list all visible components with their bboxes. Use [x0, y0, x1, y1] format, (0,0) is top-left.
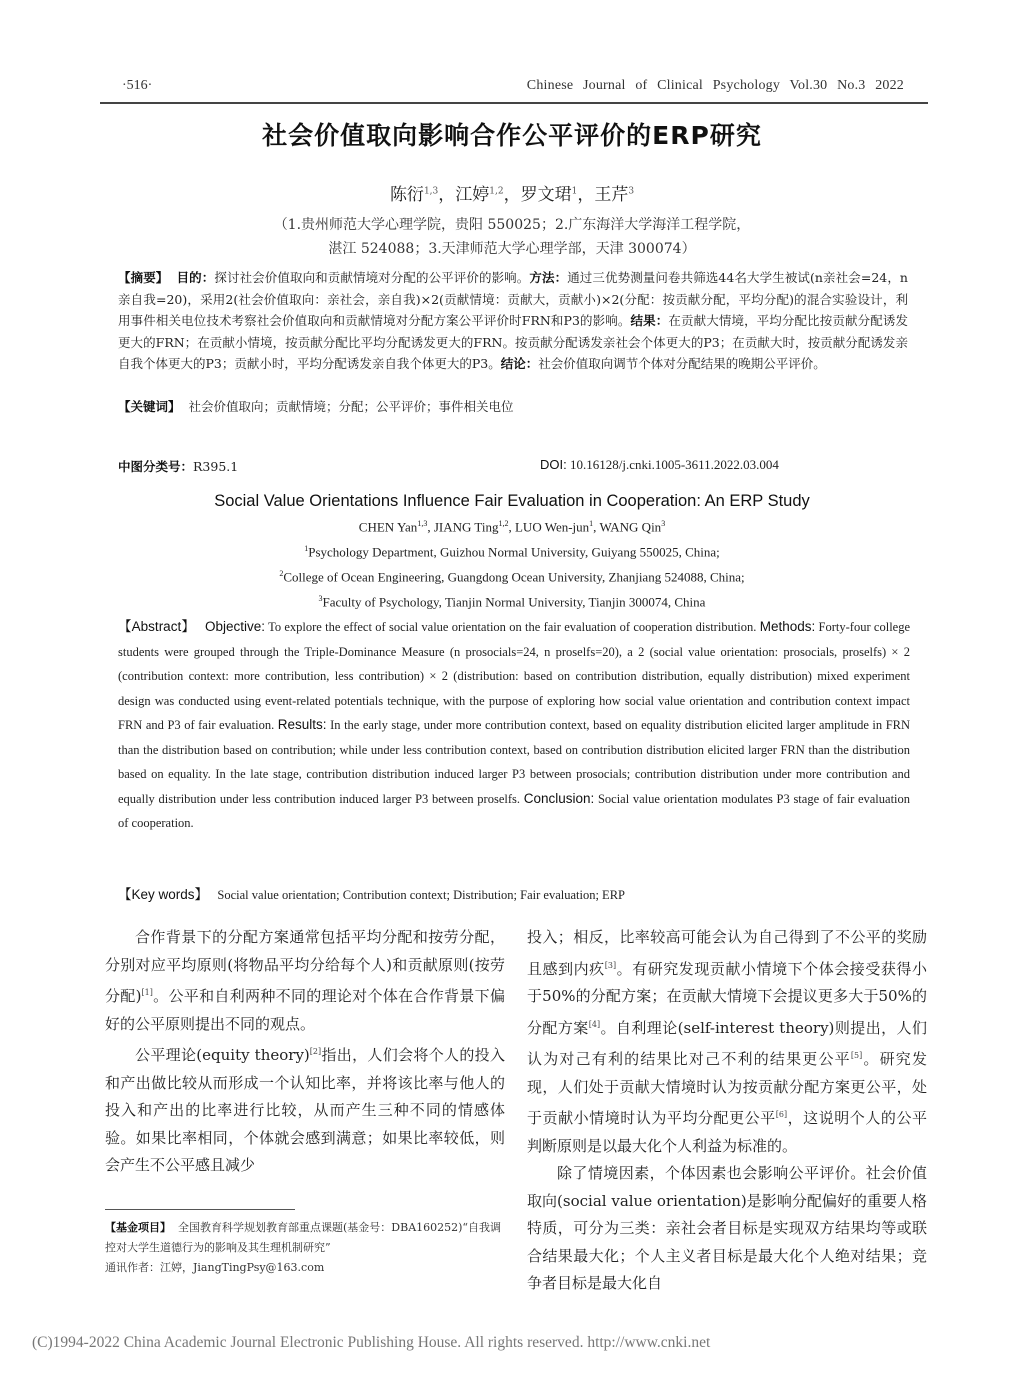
- author-name: 陈衍: [390, 185, 424, 205]
- author-separator: ，: [504, 185, 521, 205]
- affil-text: Psychology Department, Guizhou Normal Un…: [308, 544, 720, 559]
- doi-label: DOI:: [540, 457, 567, 472]
- objective-en-text: To explore the effect of social value or…: [268, 620, 756, 634]
- author-name: 江婷: [455, 185, 489, 205]
- paragraph-text: 除了情境因素，个体因素也会影响公平评价。社会价值取向(social value …: [527, 1164, 927, 1292]
- conclusion-en-label: Conclusion:: [524, 791, 595, 806]
- authors-cn: 陈衍1,3，江婷1,2，罗文珺1，王芹3: [0, 180, 1024, 205]
- methods-label: 方法：: [529, 270, 567, 285]
- citation-ref[interactable]: [5]: [851, 1051, 862, 1060]
- journal-info: Chinese Journal of Clinical Psychology V…: [527, 78, 904, 94]
- doi-value[interactable]: 10.16128/j.cnki.1005-3611.2022.03.004: [570, 457, 779, 472]
- classification-label: 中图分类号：: [118, 459, 193, 474]
- paragraph-text: 指出，人们会将个人的投入和产出做比较从而形成一个认知比率，并将该比率与他人的投入…: [105, 1046, 505, 1174]
- affiliations-cn-line1: （1.贵州师范大学心理学院，贵阳 550025；2.广东海洋大学海洋工程学院，: [0, 214, 1024, 234]
- author-affil-sup: 1: [589, 519, 593, 528]
- affil-text: Faculty of Psychology, Tianjin Normal Un…: [323, 594, 706, 609]
- author-affil-sup: 3: [628, 186, 634, 196]
- correspondence-note: 通讯作者：江婷，JiangTingPsy@163.com: [105, 1258, 505, 1278]
- author-name-en: WANG Qin: [599, 519, 661, 534]
- abstract-cn-label: 【摘要】: [118, 270, 168, 285]
- classification-value: R395.1: [193, 459, 238, 474]
- fund-note: 【基金项目】 全国教育科学规划教育部重点课题(基金号：DBA160252)“自我…: [105, 1218, 505, 1258]
- objective-label: 目的：: [177, 270, 215, 285]
- author-affil-sup: 1,3: [424, 186, 438, 196]
- classification-number: 中图分类号：R395.1: [118, 457, 238, 475]
- fund-label: 【基金项目】: [105, 1221, 171, 1234]
- body-paragraph: 投入；相反，比率较高可能会认为自己得到了不公平的奖励且感到内疚[3]。有研究发现…: [527, 924, 927, 1160]
- author-name-en: CHEN Yan: [359, 519, 418, 534]
- footnotes: 【基金项目】 全国教育科学规划教育部重点课题(基金号：DBA160252)“自我…: [105, 1218, 505, 1278]
- results-label: 结果：: [631, 313, 669, 328]
- citation-ref[interactable]: [2]: [310, 1047, 321, 1056]
- paragraph-text: 公平理论(equity theory): [135, 1046, 310, 1064]
- methods-en-label: Methods:: [760, 619, 816, 634]
- copyright-footer: (C)1994-2022 China Academic Journal Elec…: [32, 1334, 710, 1352]
- keywords-cn-label: 【关键词】: [118, 399, 181, 414]
- doi: DOI: 10.16128/j.cnki.1005-3611.2022.03.0…: [540, 457, 779, 473]
- author-affil-sup: 1,2: [498, 519, 508, 528]
- author-name: 王芹: [594, 185, 628, 205]
- author-name-en: LUO Wen-jun: [515, 519, 589, 534]
- author-separator: ，: [438, 185, 455, 205]
- citation-ref[interactable]: [1]: [141, 988, 152, 997]
- keywords-cn: 【关键词】 社会价值取向；贡献情境；分配；公平评价；事件相关电位: [118, 396, 908, 418]
- methods-en-text: Forty-four college students were grouped…: [118, 620, 910, 732]
- body-paragraph: 公平理论(equity theory)[2]指出，人们会将个人的投入和产出做比较…: [105, 1038, 505, 1180]
- objective-en-label: Objective:: [205, 619, 265, 634]
- results-en-label: Results:: [278, 717, 327, 732]
- affiliation-en-2: 2College of Ocean Engineering, Guangdong…: [0, 569, 1024, 585]
- keywords-cn-text: 社会价值取向；贡献情境；分配；公平评价；事件相关电位: [188, 399, 513, 414]
- affil-text: College of Ocean Engineering, Guangdong …: [283, 569, 744, 584]
- objective-text: 探讨社会价值取向和贡献情境对分配的公平评价的影响。: [214, 270, 529, 285]
- article-title-en: Social Value Orientations Influence Fair…: [0, 492, 1024, 511]
- author-affil-sup: 1,3: [417, 519, 427, 528]
- conclusion-label: 结论：: [501, 356, 539, 371]
- author-name-en: JIANG Ting: [434, 519, 499, 534]
- body-paragraph: 除了情境因素，个体因素也会影响公平评价。社会价值取向(social value …: [527, 1160, 927, 1298]
- footnote-rule: [105, 1209, 295, 1210]
- citation-ref[interactable]: [6]: [776, 1110, 787, 1119]
- affiliation-en-3: 3Faculty of Psychology, Tianjin Normal U…: [0, 594, 1024, 610]
- author-affil-sup: 3: [661, 519, 665, 528]
- citation-ref[interactable]: [3]: [605, 961, 616, 970]
- header-rule: [100, 102, 928, 104]
- article-title-cn: 社会价值取向影响合作公平评价的ERP研究: [0, 116, 1024, 152]
- author-affil-sup: 1,2: [489, 186, 503, 196]
- abstract-en-label: 【Abstract】: [118, 619, 195, 634]
- page-number: ·516·: [122, 78, 152, 94]
- affiliations-cn-line2: 湛江 524088；3.天津师范大学心理学部，天津 300074）: [0, 238, 1024, 258]
- conclusion-text: 社会价值取向调节个体对分配结果的晚期公平评价。: [538, 356, 826, 371]
- abstract-cn: 【摘要】 目的：探讨社会价值取向和贡献情境对分配的公平评价的影响。方法：通过三优…: [118, 267, 908, 375]
- body-column-right: 投入；相反，比率较高可能会认为自己得到了不公平的奖励且感到内疚[3]。有研究发现…: [527, 924, 927, 1298]
- body-paragraph: 合作背景下的分配方案通常包括平均分配和按劳分配，分别对应平均原则(将物品平均分给…: [105, 924, 505, 1038]
- author-separator: ，: [577, 185, 594, 205]
- author-name: 罗文珺: [521, 185, 572, 205]
- keywords-en-text: Social value orientation; Contribution c…: [217, 888, 625, 902]
- keywords-en-label: 【Key words】: [118, 887, 208, 902]
- keywords-en: 【Key words】 Social value orientation; Co…: [118, 883, 910, 908]
- body-column-left: 合作背景下的分配方案通常包括平均分配和按劳分配，分别对应平均原则(将物品平均分给…: [105, 924, 505, 1180]
- affiliation-en-1: 1Psychology Department, Guizhou Normal U…: [0, 544, 1024, 560]
- citation-ref[interactable]: [4]: [589, 1020, 600, 1029]
- paragraph-text: 。公平和自利两种不同的理论对个体在合作背景下偏好的公平原则提出不同的观点。: [105, 987, 505, 1033]
- abstract-en: 【Abstract】 Objective: To explore the eff…: [118, 615, 910, 836]
- authors-en: CHEN Yan1,3, JIANG Ting1,2, LUO Wen-jun1…: [0, 519, 1024, 535]
